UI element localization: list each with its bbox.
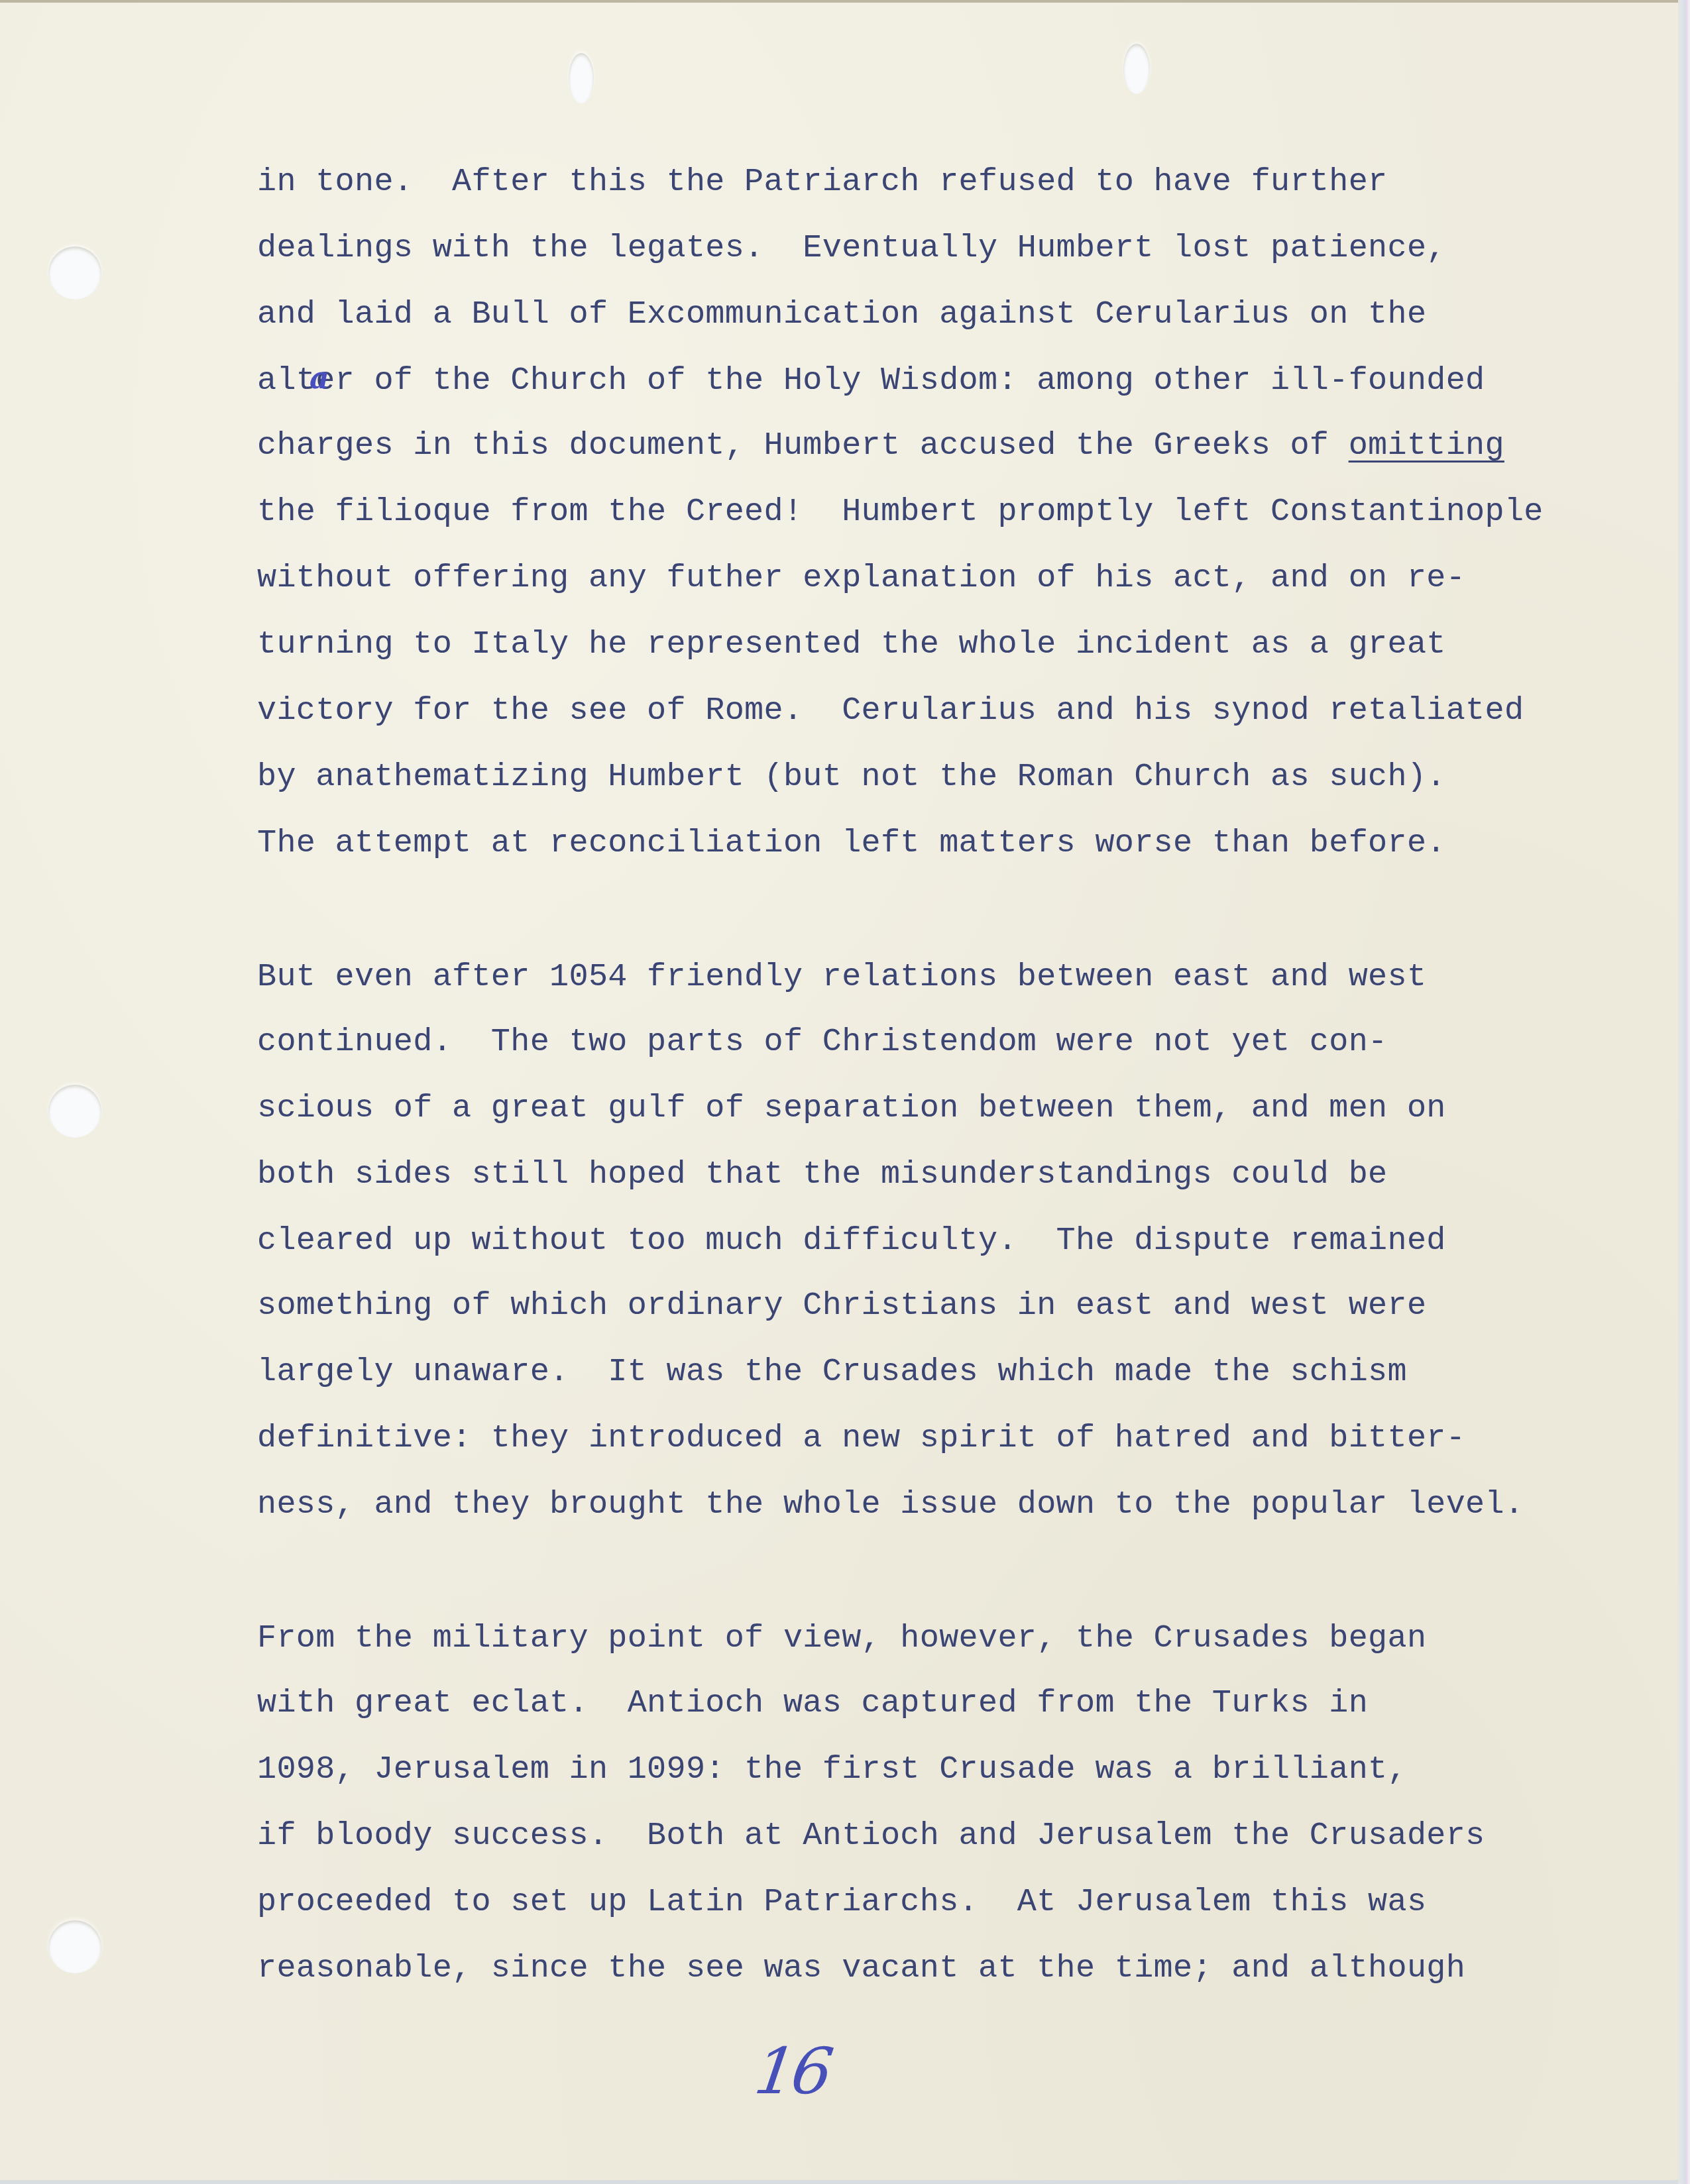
punch-hole-left-2 — [48, 1085, 101, 1138]
text-line: in tone. After this the Patriarch refuse… — [257, 162, 1387, 202]
text-line: The attempt at reconciliation left matte… — [257, 824, 1446, 863]
text-line: something of which ordinary Christians i… — [257, 1286, 1426, 1326]
punch-hole-top-right — [1123, 44, 1150, 94]
punch-hole-top-left — [569, 53, 594, 103]
text-line: alter of the Church of the Holy Wisdom: … — [257, 361, 1485, 401]
punch-hole-left-1 — [48, 246, 101, 300]
text-line: without offering any futher explanation … — [257, 559, 1465, 598]
text-line: scious of a great gulf of separation bet… — [257, 1089, 1446, 1128]
text-line: From the military point of view, however… — [257, 1619, 1426, 1659]
scanner-edge — [1678, 0, 1690, 2184]
text-line: 1098, Jerusalem in 1099: the first Crusa… — [257, 1750, 1407, 1790]
underlined-word: omitting — [1349, 427, 1504, 464]
text-line: with great eclat. Antioch was captured f… — [257, 1684, 1368, 1723]
text-line: by anathematizing Humbert (but not the R… — [257, 757, 1446, 797]
text-line: largely unaware. It was the Crusades whi… — [257, 1352, 1407, 1392]
text-line: charges in this document, Humbert accuse… — [257, 426, 1504, 466]
text-line: proceeded to set up Latin Patriarchs. At… — [257, 1883, 1426, 1922]
punch-hole-left-3 — [48, 1920, 101, 1973]
text-line: the filioque from the Creed! Humbert pro… — [257, 492, 1544, 532]
text-line: ness, and they brought the whole issue d… — [257, 1485, 1524, 1525]
text-line: cleared up without too much difficulty. … — [257, 1221, 1446, 1261]
text-line: reasonable, since the see was vacant at … — [257, 1949, 1465, 1989]
text-line: and laid a Bull of Excommunication again… — [257, 295, 1426, 335]
page-number: 16 — [750, 2034, 834, 2108]
text-line: if bloody success. Both at Antioch and J… — [257, 1816, 1485, 1856]
text-line: both sides still hoped that the misunder… — [257, 1155, 1387, 1195]
handwritten-correction: a — [310, 360, 329, 396]
text-line: But even after 1054 friendly relations b… — [257, 957, 1426, 997]
text-segment: charges in this document, Humbert accuse… — [257, 427, 1349, 464]
text-line: continued. The two parts of Christendom … — [257, 1022, 1387, 1062]
text-line: victory for the see of Rome. Cerularius … — [257, 691, 1524, 731]
text-line: definitive: they introduced a new spirit… — [257, 1419, 1465, 1458]
text-line: dealings with the legates. Eventually Hu… — [257, 229, 1446, 268]
text-line: turning to Italy he represented the whol… — [257, 625, 1446, 665]
document-page: in tone. After this the Patriarch refuse… — [0, 0, 1678, 2180]
